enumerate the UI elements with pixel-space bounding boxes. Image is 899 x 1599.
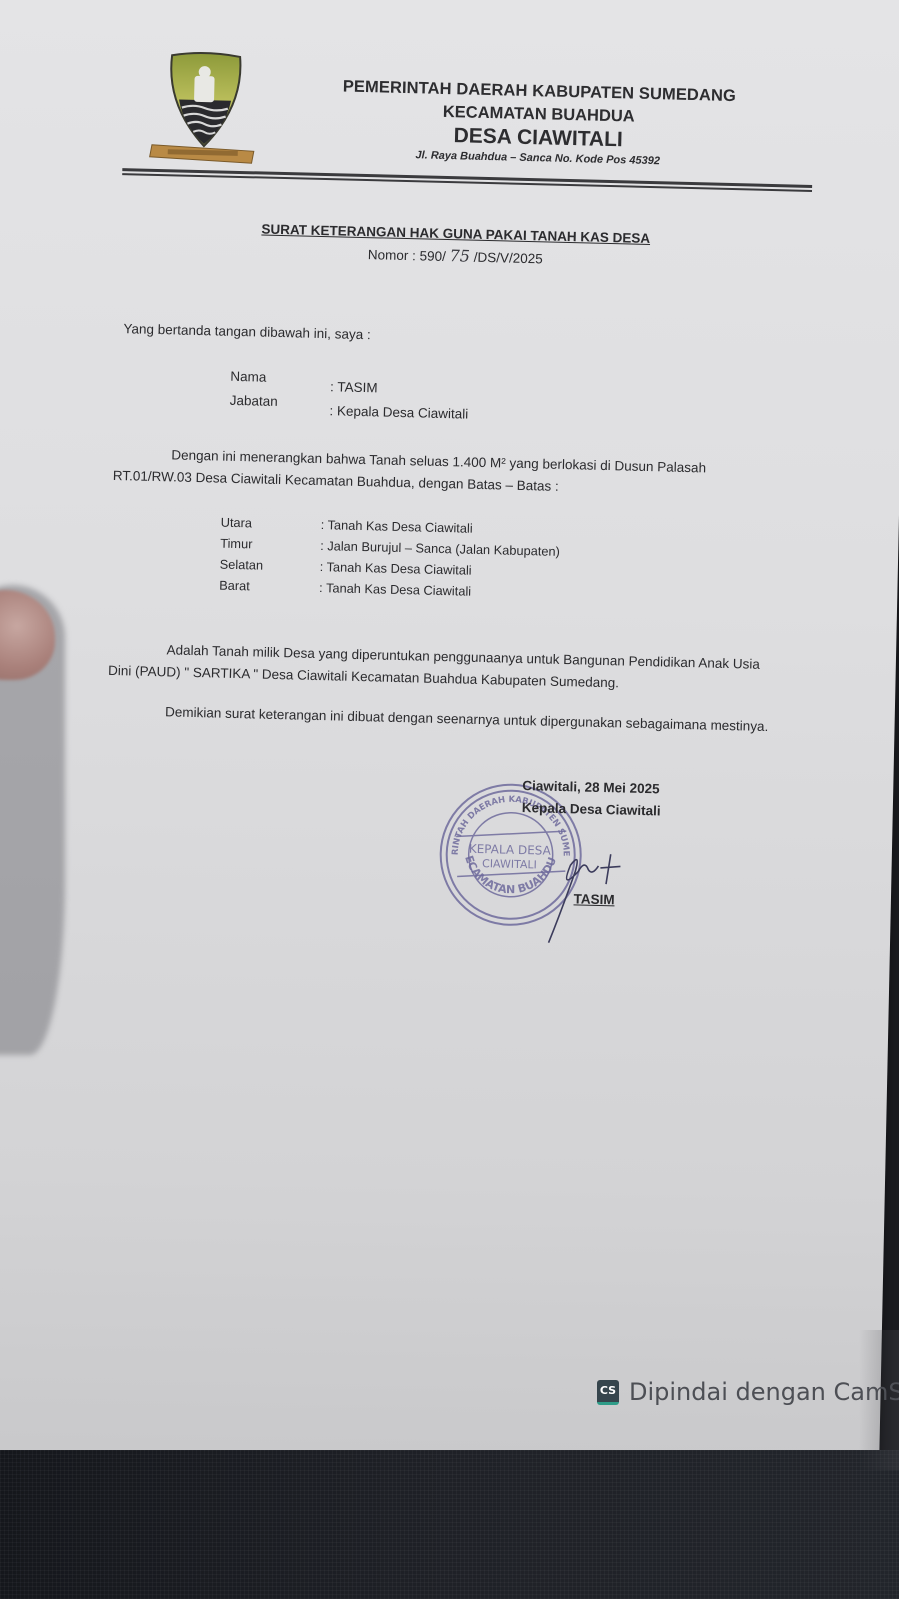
identity-label: Jabatan (230, 393, 330, 410)
letterhead: PEMERINTAH DAERAH KABUPATEN SUMEDANG KEC… (338, 77, 740, 169)
svg-text:CIAWITALI: CIAWITALI (482, 857, 537, 871)
boundary-value: : Tanah Kas Desa Ciawitali (321, 517, 473, 536)
boundary-label: Selatan (220, 557, 264, 573)
boundary-row: Timur : Jalan Burujul – Sanca (Jalan Kab… (220, 536, 740, 549)
camscanner-watermark: CS Dipindai dengan CamS (597, 1378, 899, 1406)
intro-text: Yang bertanda tangan dibawah ini, saya : (123, 318, 371, 346)
document-number: Nomor : 590/ 75 /DS/V/2025 (255, 241, 655, 270)
boundary-row: Barat : Tanah Kas Desa Ciawitali (219, 578, 739, 591)
boundary-row: Utara : Tanah Kas Desa Ciawitali (221, 515, 741, 528)
paragraph-closing: Demikian surat keterangan ini dibuat den… (107, 700, 772, 738)
letterhead-divider-thick (122, 168, 812, 188)
paragraph-land-purpose: Adalah Tanah milik Desa yang diperuntuka… (108, 638, 774, 698)
boundary-value: : Tanah Kas Desa Ciawitali (319, 580, 471, 599)
boundary-row: Selatan : Tanah Kas Desa Ciawitali (220, 557, 740, 570)
boundary-label: Timur (220, 536, 253, 552)
paragraph-land-description: Dengan ini menerangkan bahwa Tanah selua… (113, 443, 779, 503)
letter: PEMERINTAH DAERAH KABUPATEN SUMEDANG KEC… (0, 0, 899, 1479)
boundary-label: Utara (221, 515, 253, 531)
boundary-value: : Jalan Burujul – Sanca (Jalan Kabupaten… (320, 538, 560, 559)
identity-value: : TASIM (330, 379, 730, 404)
signatory-name: TASIM (573, 891, 614, 907)
boundary-label: Barat (219, 578, 250, 594)
regency-coat-of-arms-icon (147, 49, 260, 167)
identity-value: : Kepala Desa Ciawitali (329, 403, 729, 428)
identity-row-name: Nama : TASIM (230, 369, 730, 381)
document-number-prefix: Nomor : 590/ (368, 247, 446, 264)
svg-text:KEPALA DESA: KEPALA DESA (469, 842, 552, 858)
document-number-suffix: /DS/V/2025 (474, 250, 543, 267)
camscanner-logo-icon: CS (597, 1380, 619, 1405)
camscanner-watermark-text: Dipindai dengan CamS (629, 1378, 899, 1406)
identity-label: Nama (230, 369, 330, 386)
boundary-value: : Tanah Kas Desa Ciawitali (320, 559, 472, 578)
document-number-handwritten: 75 (449, 246, 470, 265)
